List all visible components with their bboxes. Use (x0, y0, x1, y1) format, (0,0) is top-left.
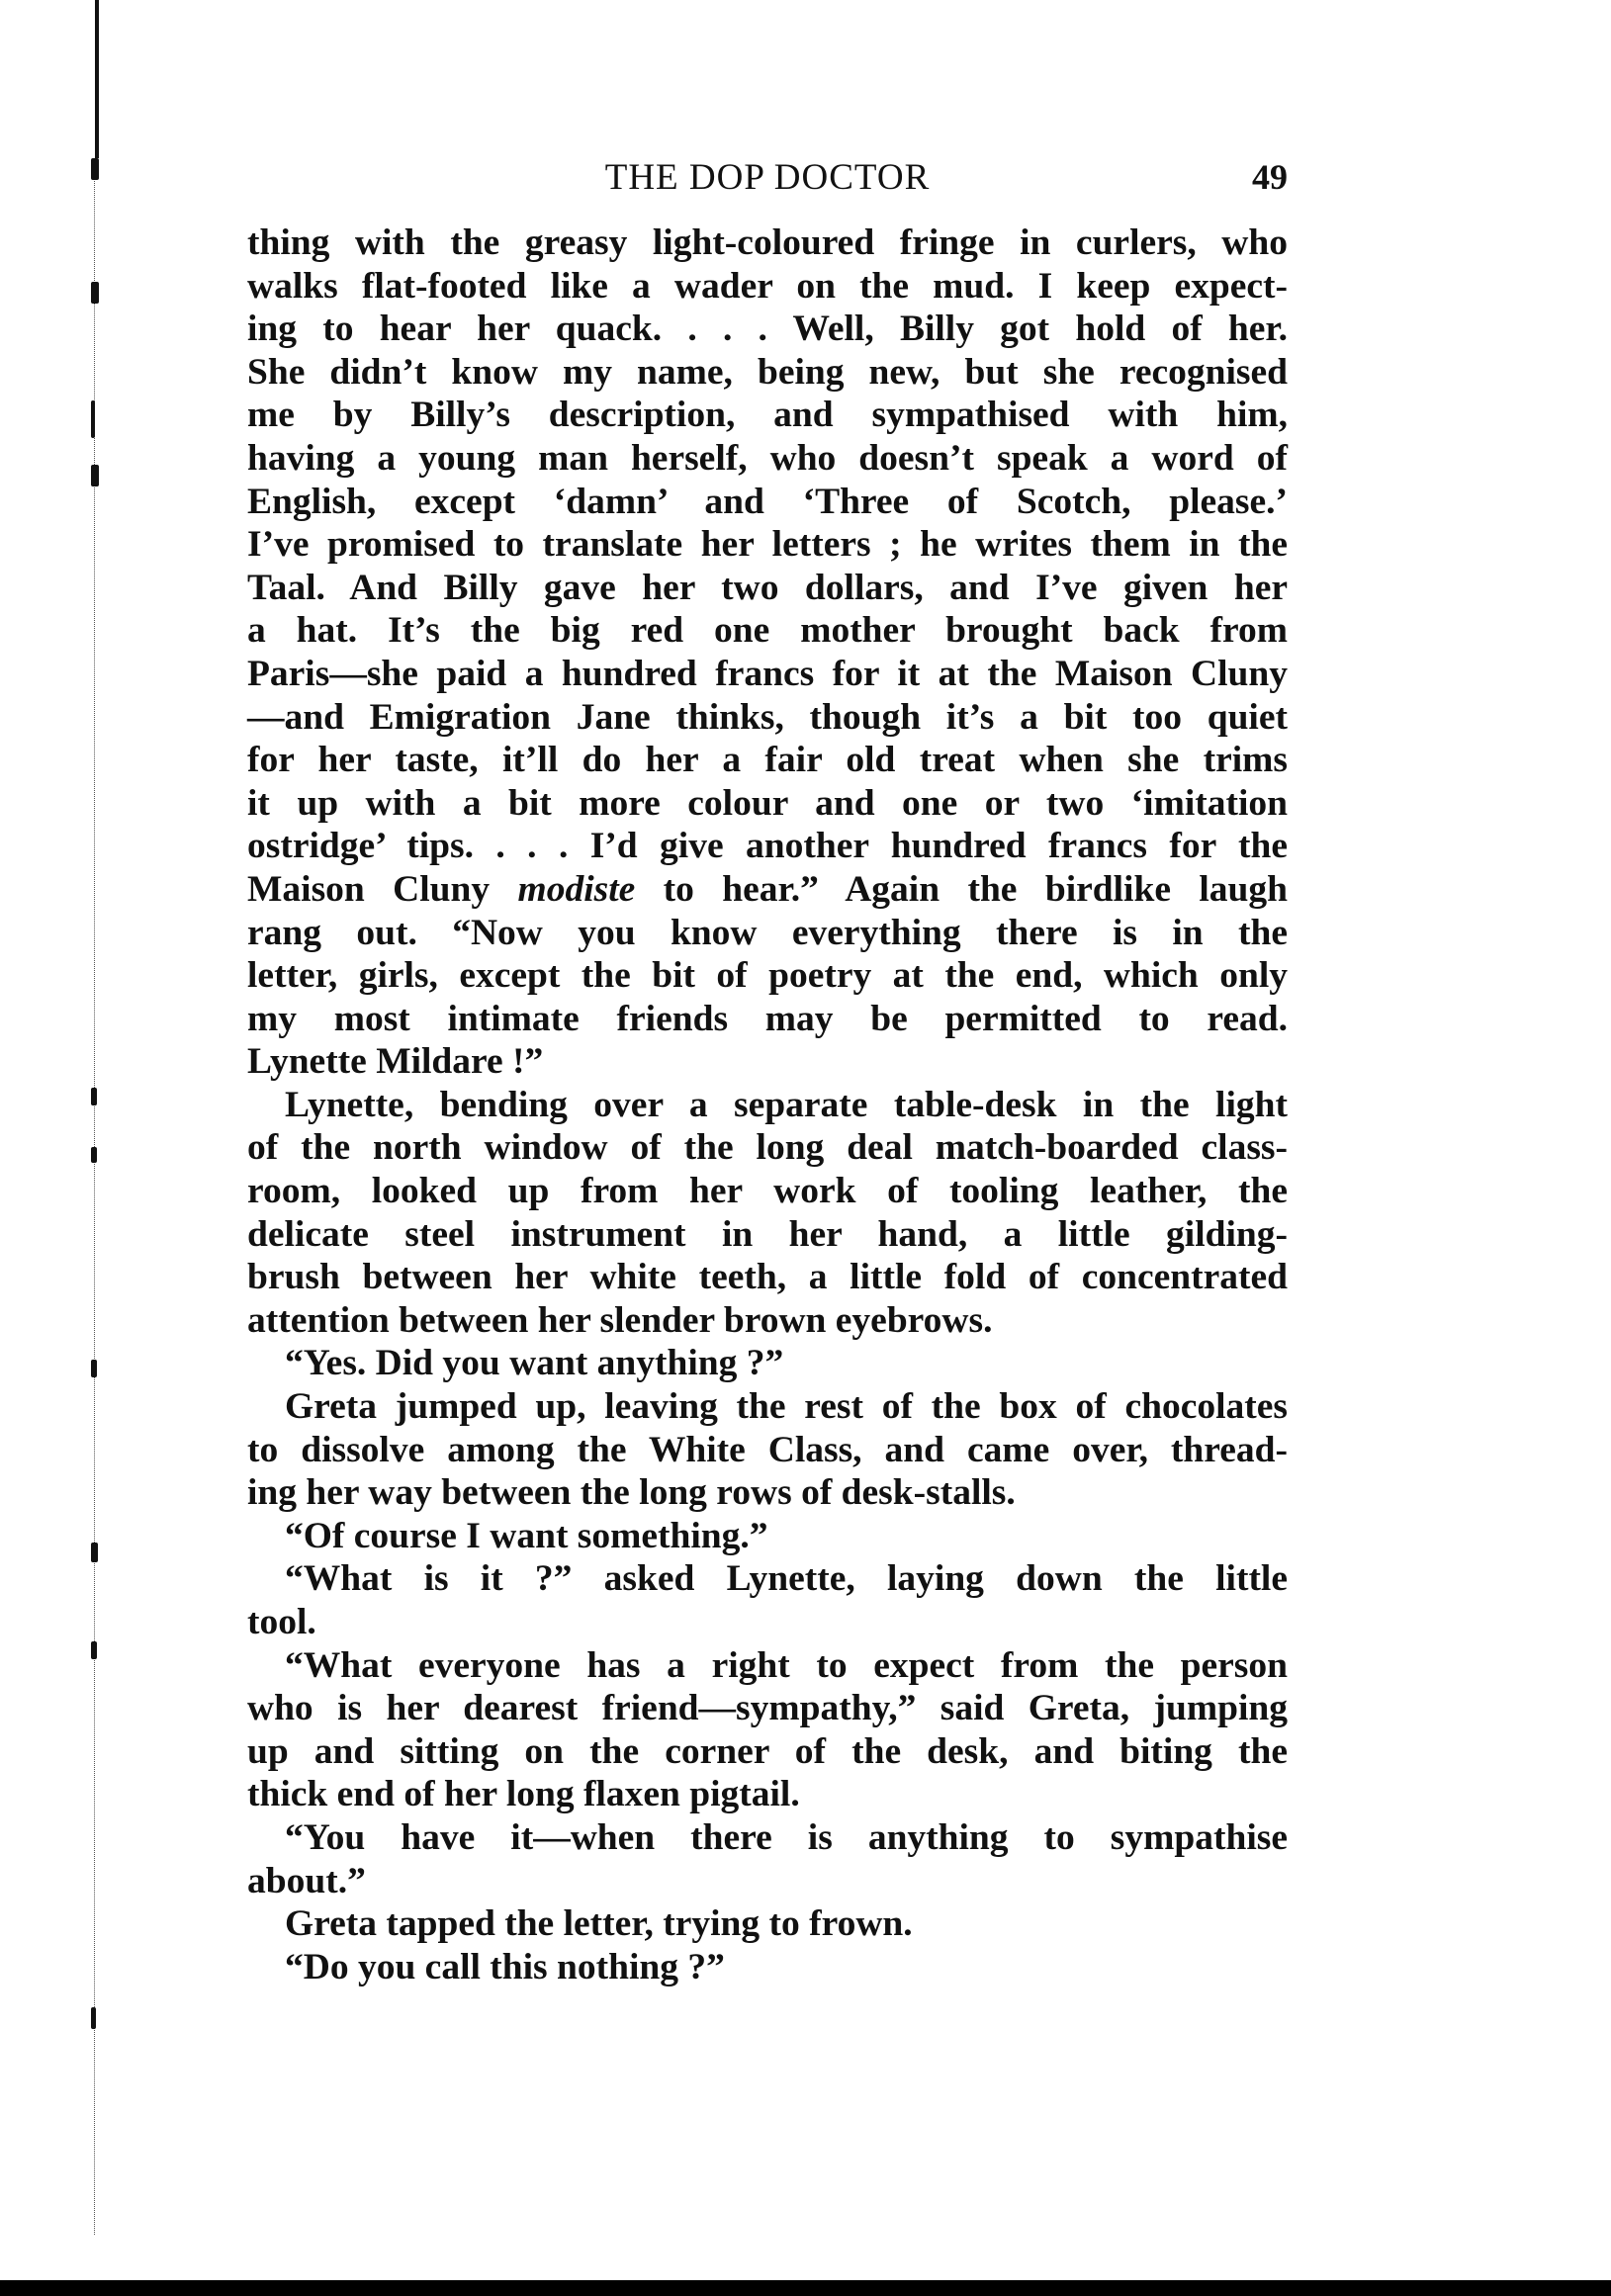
text-line: Paris—she paid a hundred francs for it a… (247, 653, 1288, 696)
scan-margin-mark (91, 1543, 98, 1562)
text-line: “What everyone has a right to expect fro… (247, 1644, 1288, 1688)
text-line: rang out. “Now you know everything there… (247, 912, 1288, 955)
text-line: “You have it—when there is anything to s… (247, 1816, 1288, 1860)
text-line: room, looked up from her work of tooling… (247, 1170, 1288, 1213)
scan-margin-mark (91, 1360, 97, 1377)
text-line: “What is it ?” asked Lynette, laying dow… (247, 1557, 1288, 1601)
page-number: 49 (1252, 156, 1288, 198)
text-line: tool. (247, 1601, 1288, 1644)
text-line: thing with the greasy light-coloured fri… (247, 221, 1288, 265)
text-segment: Maison Cluny (247, 869, 518, 910)
text-line: Taal. And Billy gave her two dollars, an… (247, 567, 1288, 610)
scan-margin-mark (91, 2007, 96, 2029)
text-line: it up with a bit more colour and one or … (247, 782, 1288, 826)
scan-margin-mark (91, 465, 99, 486)
scan-margin-mark (91, 158, 99, 180)
text-line: I’ve promised to translate her letters ;… (247, 523, 1288, 567)
text-line: a hat. It’s the big red one mother broug… (247, 609, 1288, 653)
text-line: “Of course I want something.” (247, 1515, 1288, 1558)
scan-margin-rule (95, 0, 99, 158)
scan-margin-mark (91, 1641, 97, 1659)
text-line: thick end of her long flaxen pigtail. (247, 1773, 1288, 1816)
scan-margin-mark (91, 1147, 97, 1163)
body-text: thing with the greasy light-coloured fri… (247, 221, 1288, 1988)
text-line: ing her way between the long rows of des… (247, 1471, 1288, 1515)
text-line: about.” (247, 1860, 1288, 1903)
text-line: brush between her white teeth, a little … (247, 1256, 1288, 1299)
text-line: English, except ‘damn’ and ‘Three of Sco… (247, 481, 1288, 524)
text-line: of the north window of the long deal mat… (247, 1126, 1288, 1170)
text-line: having a young man herself, who doesn’t … (247, 437, 1288, 481)
scan-bottom-edge (0, 2280, 1611, 2296)
text-line: attention between her slender brown eyeb… (247, 1299, 1288, 1343)
text-line: who is her dearest friend—sympathy,” sai… (247, 1687, 1288, 1730)
text-line: —and Emigration Jane thinks, though it’s… (247, 696, 1288, 740)
text-line: for her taste, it’ll do her a fair old t… (247, 739, 1288, 782)
scan-margin-mark (91, 1088, 97, 1105)
text-line: letter, girls, except the bit of poetry … (247, 954, 1288, 998)
text-line: to dissolve among the White Class, and c… (247, 1429, 1288, 1472)
text-line: up and sitting on the corner of the desk… (247, 1730, 1288, 1774)
text-line: walks flat-footed like a wader on the mu… (247, 265, 1288, 309)
text-line: delicate steel instrument in her hand, a… (247, 1213, 1288, 1257)
text-segment: to hear.” Again the birdlike laugh (635, 869, 1288, 910)
text-line: Greta jumped up, leaving the rest of the… (247, 1385, 1288, 1429)
text-line: ostridge’ tips. . . . I’d give another h… (247, 825, 1288, 868)
text-line: “Yes. Did you want anything ?” (247, 1342, 1288, 1385)
scan-margin-mark (91, 400, 95, 438)
text-line: “Do you call this nothing ?” (247, 1946, 1288, 1989)
page-header: THE DOP DOCTOR 49 (247, 156, 1288, 202)
text-line: Lynette Mildare !” (247, 1040, 1288, 1084)
text-line: my most intimate friends may be permitte… (247, 998, 1288, 1041)
text-line: me by Billy’s description, and sympathis… (247, 394, 1288, 437)
text-line: Maison Cluny modiste to hear.” Again the… (247, 868, 1288, 912)
running-title: THE DOP DOCTOR (247, 156, 1288, 199)
text-line: Greta tapped the letter, trying to frown… (247, 1902, 1288, 1946)
text-line: ing to hear her quack. . . . Well, Billy… (247, 308, 1288, 351)
scan-margin-mark (91, 282, 99, 304)
italic-word: modiste (518, 869, 636, 910)
text-line: She didn’t know my name, being new, but … (247, 351, 1288, 395)
text-line: Lynette, bending over a separate table-d… (247, 1084, 1288, 1127)
